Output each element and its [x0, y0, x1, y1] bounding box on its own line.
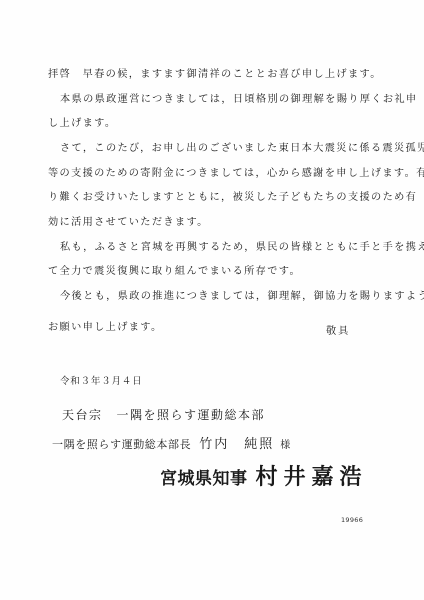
recipient-sect: 天台宗 [62, 408, 103, 422]
body-line: 等の支援のための寄附金につきましては，心から感謝を申し上げます。有 [48, 168, 424, 180]
body-line: 本県の県政運営につきましては，日頃格別の御理解を賜り厚くお礼申 [60, 94, 417, 106]
recipient-hq: 一隅を照らす運動総本部 [117, 408, 266, 422]
body-line: 今後とも，県政の推進につきましては，御理解，御協力を賜りますよう [60, 291, 424, 303]
letter-page: 拝啓 早春の候，ますます御清祥のこととお喜び申し上げます。 本県の県政運営につき… [0, 0, 424, 600]
body-line: さて，このたび，お申し出のございました東日本大震災に係る震災孤児 [60, 143, 424, 155]
sender-signature: 宮城県知事村井嘉浩 [160, 460, 368, 491]
body-line: 私も，ふるさと宮城を再興するため，県民の皆様とともに手と手を携え [60, 242, 424, 254]
closing-phrase: 敬具 [326, 322, 350, 337]
body-line: し上げます。 [48, 118, 116, 130]
letter-date: 令和３年３月４日 [60, 373, 142, 387]
sender-name: 村井嘉浩 [256, 464, 368, 490]
recipient-honorific: 様 [280, 440, 291, 451]
greeting-line: 拝啓 早春の候，ますます御清祥のこととお喜び申し上げます。 [48, 69, 382, 81]
recipient-title: 一隅を照らす運動総本部長 [52, 438, 191, 451]
recipient-organization: 天台宗一隅を照らす運動総本部 [62, 406, 265, 423]
document-number: 19966 [341, 516, 363, 524]
body-line: 効に活用させていただきます。 [48, 217, 209, 229]
sender-title: 宮城県知事 [160, 469, 248, 489]
recipient-name: 竹内 純照 [199, 437, 274, 452]
body-line: て全力で震災復興に取り組んでまいる所存です。 [48, 266, 301, 278]
recipient-person: 一隅を照らす運動総本部長竹内 純照様 [52, 433, 291, 452]
body-line: お願い申し上げます。 [48, 322, 163, 334]
body-line: り難くお受けいたしますとともに，被災した子どもたちの支援のため有 [48, 192, 417, 204]
